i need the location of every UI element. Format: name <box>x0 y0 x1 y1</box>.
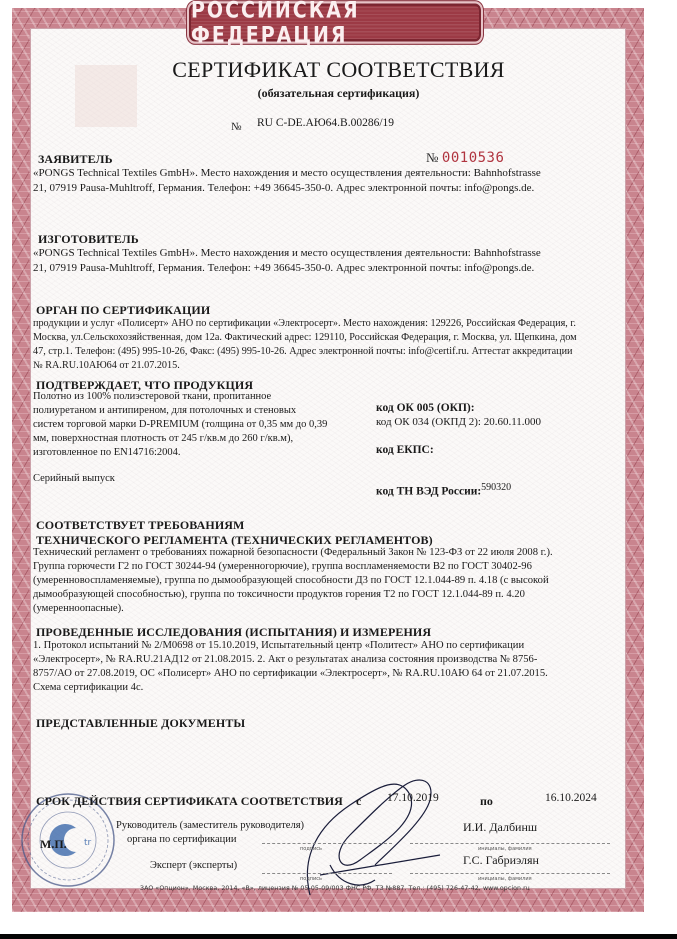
blank-serial-number: №0010536 <box>426 150 504 166</box>
serial-value: 0010536 <box>442 150 505 166</box>
compliance-line-5: (умеренноопасные). <box>33 602 638 616</box>
code-okp-label: код ОК 005 (ОКП): <box>376 402 475 414</box>
expert-label: Эксперт (эксперты) <box>150 860 237 871</box>
serial-label: № <box>426 150 439 165</box>
product-line-2: полиуретаном и антипиреном, для потолочн… <box>33 404 363 418</box>
validity-from-label: с <box>356 794 361 809</box>
certification-body-line-3: 47, стр.1. Телефон: (495) 995-10-26, Фак… <box>33 345 638 359</box>
head-signature-caption: подпись <box>300 846 322 852</box>
certification-body-line-1: продукции и услуг «Полисерт» АНО по серт… <box>33 317 638 331</box>
head-label-line-2: органа по сертификации <box>127 834 237 845</box>
code-okpd2-label: код ОК 034 (ОКПД 2): <box>376 416 481 428</box>
expert-name: Г.С. Габриэлян <box>463 853 539 868</box>
product-line-1: Полотно из 100% полиэстеровой ткани, про… <box>33 390 363 404</box>
code-tnved: код ТН ВЭД России:590320 <box>376 482 511 498</box>
tests-line-2: «Электросерт», № RA.RU.21АД12 от 21.08.2… <box>33 653 638 667</box>
manufacturer-line-2: 21, 07919 Pausa-Muhltroff, Германия. Тел… <box>33 261 633 275</box>
tests-line-1: 1. Протокол испытаний № 2/М0698 от 15.10… <box>33 639 638 653</box>
code-tnved-label: код ТН ВЭД России: <box>376 486 481 498</box>
handwritten-signature-icon <box>280 765 460 905</box>
product-line-5: изготовленное по EN14716:2004. <box>33 446 363 460</box>
certification-body-line-4: № RA.RU.10АЮ64 от 21.07.2015. <box>33 359 638 373</box>
tests-line-4: Схема сертификации 4с. <box>33 681 638 695</box>
document-subtitle: (обязательная сертификация) <box>0 86 677 101</box>
compliance-line-1: Технический регламент о требованиях пожа… <box>33 546 638 560</box>
head-name-line <box>410 843 610 844</box>
validity-from-date: 17.10.2019 <box>387 792 439 804</box>
code-tnved-value: 590320 <box>481 482 511 493</box>
document-title: СЕРТИФИКАТ СООТВЕТСТВИЯ <box>0 57 677 83</box>
expert-name-caption: инициалы, фамилия <box>478 876 532 882</box>
certification-body-heading: ОРГАН ПО СЕРТИФИКАЦИИ <box>36 303 210 318</box>
scan-edge <box>0 934 677 939</box>
documents-heading: ПРЕДСТАВЛЕННЫЕ ДОКУМЕНТЫ <box>36 716 245 731</box>
tests-line-3: 8757/АО от 27.08.2019, ОС «Полисерт» АНО… <box>33 667 638 681</box>
head-name-caption: инициалы, фамилия <box>478 846 532 852</box>
applicant-heading: ЗАЯВИТЕЛЬ <box>38 152 113 167</box>
release-type: Серийный выпуск <box>33 472 115 486</box>
validity-to-date: 16.10.2024 <box>545 792 597 804</box>
tests-heading: ПРОВЕДЕННЫЕ ИССЛЕДОВАНИЯ (ИСПЫТАНИЯ) И И… <box>36 625 431 640</box>
applicant-line-1: «PONGS Technical Textiles GmbH». Место н… <box>33 166 633 180</box>
certificate-number: RU C-DE.АЮ64.В.00286/19 <box>257 117 394 129</box>
code-okpd2: код ОК 034 (ОКПД 2): 20.60.11.000 <box>376 416 541 428</box>
expert-signature-caption: подпись <box>300 876 322 882</box>
certificate-number-label: № <box>231 121 242 133</box>
compliance-heading: СООТВЕТСТВУЕТ ТРЕБОВАНИЯМ <box>36 518 244 533</box>
code-ekps-label: код ЕКПС: <box>376 444 434 456</box>
code-okp: код ОК 005 (ОКП): <box>376 402 475 414</box>
applicant-line-2: 21, 07919 Pausa-Muhltroff, Германия. Тел… <box>33 181 633 195</box>
compliance-line-4: дымообразующей способностью), группа по … <box>33 588 638 602</box>
expert-name-line <box>410 873 610 874</box>
product-line-3: систем торговой марки D-PREMIUM (толщина… <box>33 418 368 432</box>
compliance-line-2: Группа горючести Г2 по ГОСТ 30244-94 (ум… <box>33 560 638 574</box>
product-line-4: мм, поверхностная плотность от 245 г/кв.… <box>33 432 363 446</box>
head-label-line-1: Руководитель (заместитель руководителя) <box>116 820 304 831</box>
head-signature-line <box>262 843 392 844</box>
country-banner: РОССИЙСКАЯ ФЕДЕРАЦИЯ <box>189 4 481 42</box>
head-name: И.И. Далбинш <box>463 820 537 835</box>
compliance-line-3: (умеренновоспламеняемые), группа по дымо… <box>33 574 638 588</box>
validity-to-label: по <box>480 794 493 809</box>
certification-body-line-2: Москва, ул.Сельскохозяйственная, дом 12а… <box>33 331 638 345</box>
printer-footer: ЗАО «Опцион», Москва, 2014, «В», лицензи… <box>140 885 530 892</box>
manufacturer-heading: ИЗГОТОВИТЕЛЬ <box>38 232 139 247</box>
manufacturer-line-1: «PONGS Technical Textiles GmbH». Место н… <box>33 246 633 260</box>
code-okpd2-value: 20.60.11.000 <box>484 416 541 428</box>
stamp-place-label: М.П. <box>40 837 67 852</box>
code-ekps: код ЕКПС: <box>376 444 434 456</box>
expert-signature-line <box>262 873 392 874</box>
validity-heading: СРОК ДЕЙСТВИЯ СЕРТИФИКАТА СООТВЕТСТВИЯ <box>36 794 343 809</box>
svg-text:tr: tr <box>84 838 92 848</box>
